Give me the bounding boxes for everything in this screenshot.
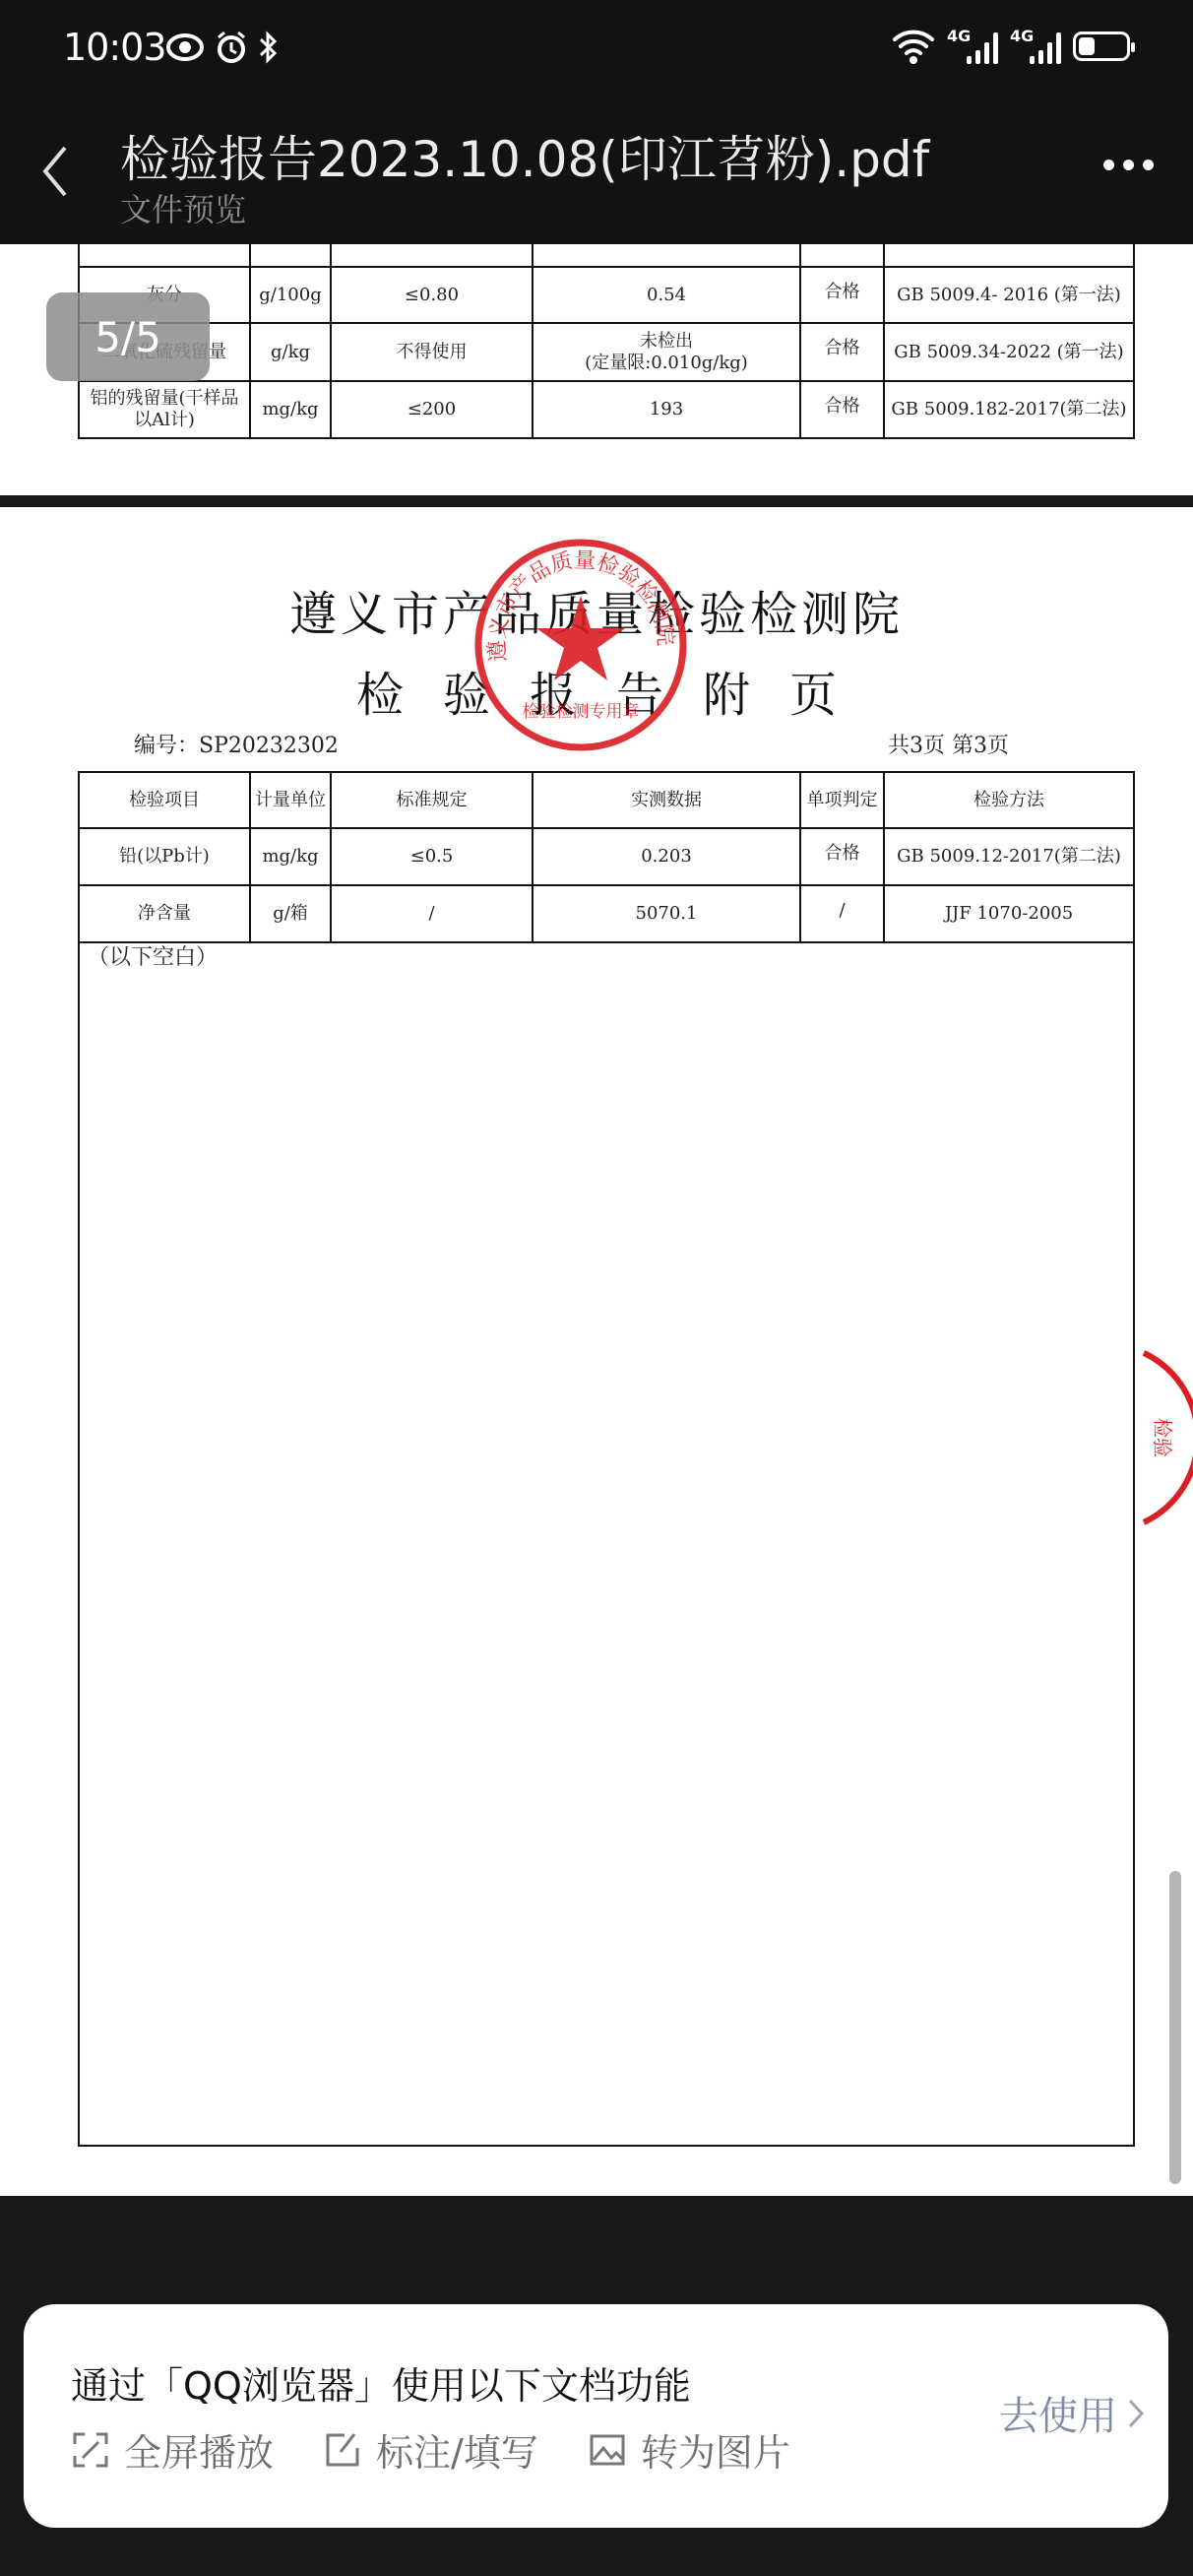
previous-page-table: 灰分 g/100g ≤0.80 0.54 合格 GB 5009.4- 2016 … — [78, 244, 1135, 439]
pdf-page-current: 遵义市产品质量检验检测院 检验报告附页 编号：SP20232302 共3页 第3… — [0, 507, 1193, 2196]
page-info: 共3页 第3页 — [888, 729, 1009, 759]
svg-text:检验: 检验 — [1151, 1418, 1174, 1457]
results-table: 检验项目 计量单位 标准规定 实测数据 单项判定 检验方法 铅(以Pb计) mg… — [78, 771, 1135, 2147]
alarm-icon — [215, 30, 248, 65]
eye-icon — [165, 30, 205, 65]
fullscreen-icon — [71, 2430, 110, 2470]
app-header: 检验报告2023.10.08(印江苕粉).pdf 文件预览 — [0, 108, 1193, 244]
table-row — [79, 244, 1134, 267]
partial-seal-icon: 检验 — [1142, 1339, 1193, 1536]
table-header-row: 检验项目 计量单位 标准规定 实测数据 单项判定 检验方法 — [79, 772, 1134, 828]
status-time: 10:03 — [63, 26, 166, 69]
image-icon — [588, 2430, 627, 2470]
convert-to-image-button[interactable]: 转为图片 — [588, 2422, 790, 2477]
report-code: 编号：SP20232302 — [134, 729, 339, 759]
edit-icon — [323, 2430, 362, 2470]
chevron-right-icon — [1127, 2397, 1145, 2430]
annotate-button[interactable]: 标注/填写 — [323, 2422, 538, 2477]
signal-4g-icon: 4G — [1010, 29, 1061, 64]
organization-name: 遵义市产品质量检验检测院 — [0, 576, 1193, 644]
table-row: （以下空白） — [79, 942, 1134, 2146]
chevron-left-icon[interactable] — [35, 142, 75, 201]
scrollbar[interactable] — [1169, 1871, 1181, 2184]
fullscreen-button[interactable]: 全屏播放 — [71, 2422, 274, 2477]
page-indicator: 5/5 — [46, 292, 210, 381]
qq-browser-promo-card: 通过「QQ浏览器」使用以下文档功能 全屏播放 标注/填写 转为图片 去使用 — [24, 2304, 1168, 2528]
go-use-button[interactable]: 去使用 — [999, 2385, 1145, 2441]
table-row: 铅(以Pb计) mg/kg ≤0.5 0.203 合格 GB 5009.12-2… — [79, 828, 1134, 885]
wifi-icon — [892, 28, 935, 65]
table-row: 铝的残留量(干样品以Al计) mg/kg ≤200 193 合格 GB 5009… — [79, 381, 1134, 438]
bluetooth-icon — [258, 30, 278, 65]
table-row: 净含量 g/箱 / 5070.1 / JJF 1070-2005 — [79, 885, 1134, 942]
report-title: 检验报告附页 — [0, 657, 1193, 725]
promo-title: 通过「QQ浏览器」使用以下文档功能 — [71, 2355, 691, 2410]
more-dots-icon[interactable] — [1103, 160, 1154, 170]
table-row: 二氧化硫残留量 g/kg 不得使用 未检出(定量限:0.010g/kg) 合格 … — [79, 323, 1134, 381]
battery-icon — [1073, 32, 1130, 61]
signal-4g-icon: 4G — [947, 29, 998, 64]
status-bar: 10:03 4G 4G — [0, 0, 1193, 108]
document-title: 检验报告2023.10.08(印江苕粉).pdf — [120, 120, 929, 191]
blank-note: （以下空白） — [79, 942, 1134, 2146]
table-row: 灰分 g/100g ≤0.80 0.54 合格 GB 5009.4- 2016 … — [79, 267, 1134, 323]
document-subtitle: 文件预览 — [120, 185, 246, 230]
